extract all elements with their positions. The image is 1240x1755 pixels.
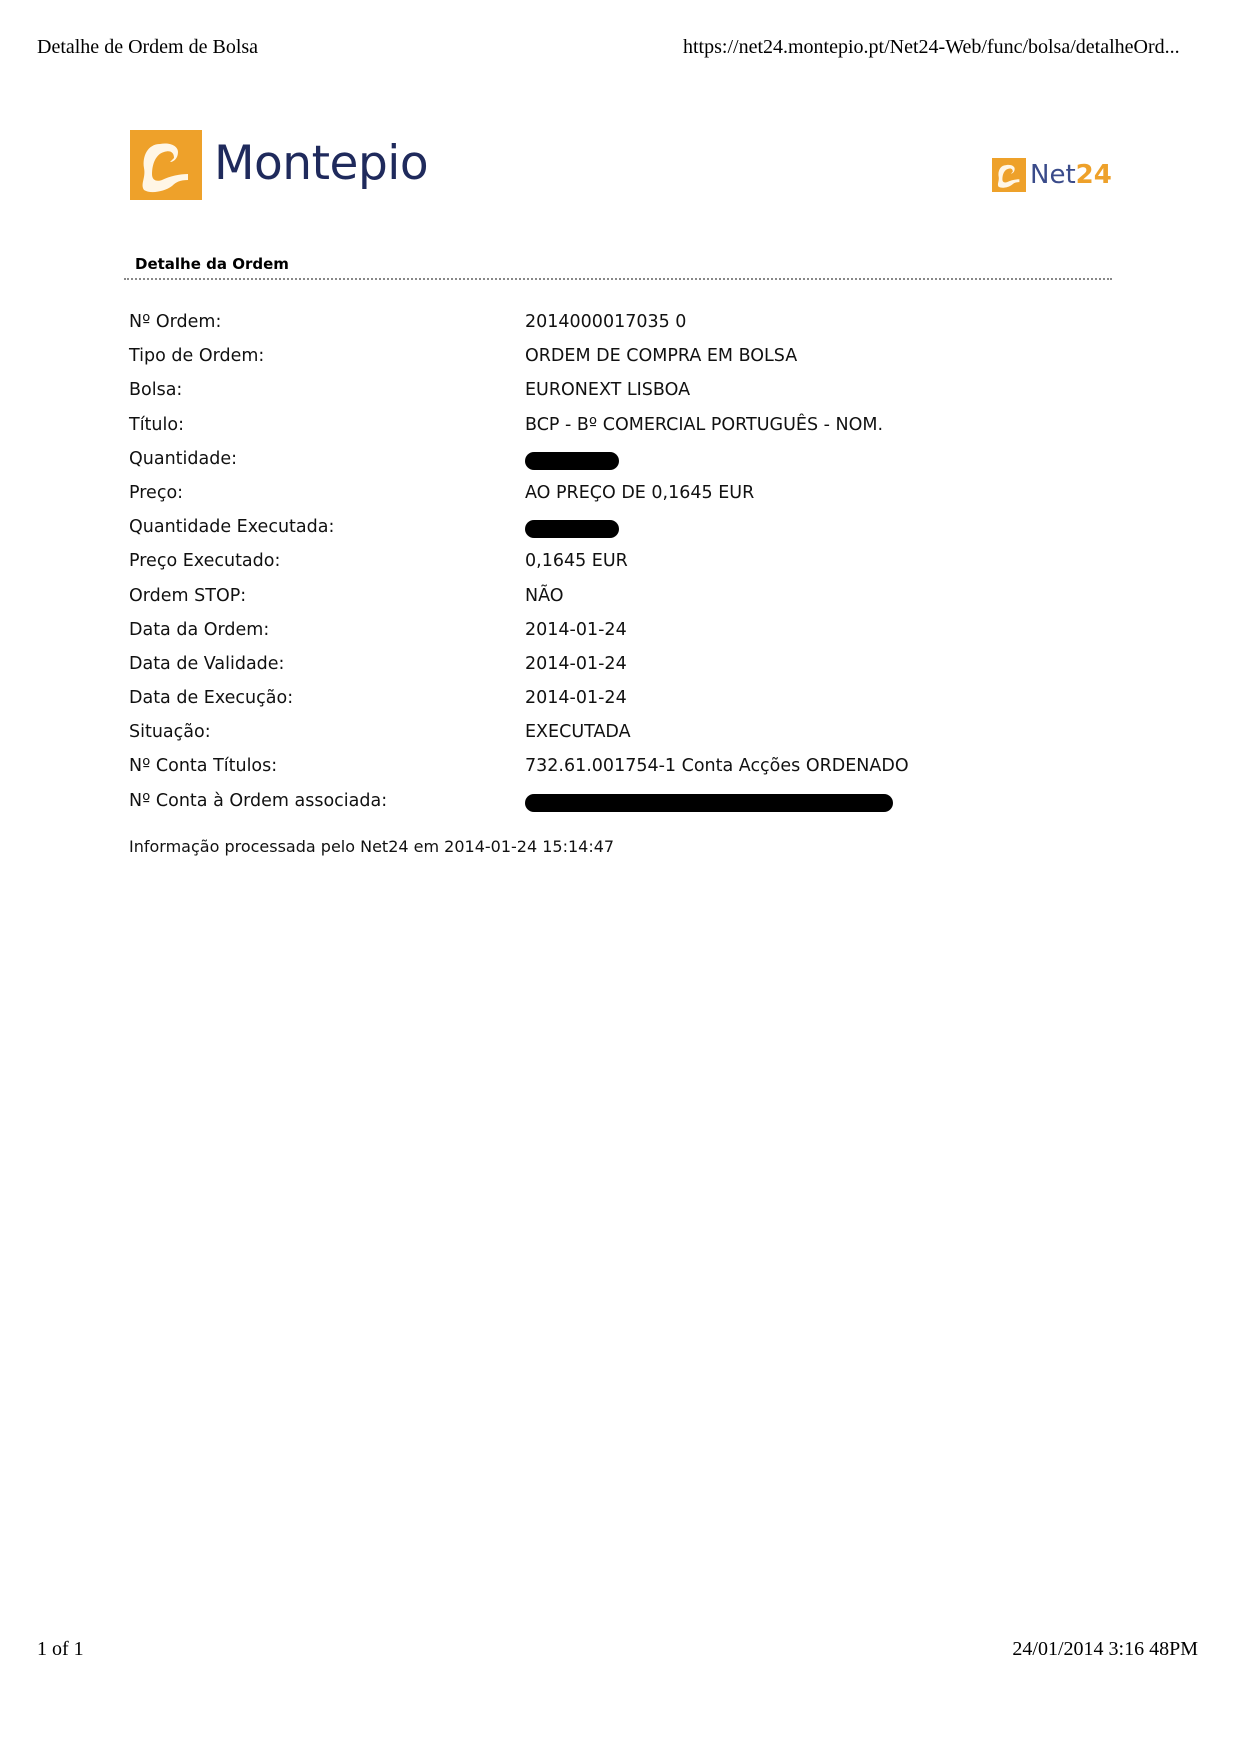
net24-wordmark-24: 24 <box>1076 162 1112 188</box>
detail-value: 2014000017035 0 <box>525 312 686 332</box>
detail-label: Ordem STOP: <box>129 586 246 606</box>
detail-value: 2014-01-24 <box>525 688 627 708</box>
detail-value: ORDEM DE COMPRA EM BOLSA <box>525 346 797 366</box>
detail-value: EURONEXT LISBOA <box>525 380 690 400</box>
section-title: Detalhe da Ordem <box>135 255 289 273</box>
detail-label: Data da Ordem: <box>129 620 269 640</box>
detail-value: AO PREÇO DE 0,1645 EUR <box>525 483 754 503</box>
redacted-value <box>525 791 893 817</box>
redaction-bar <box>525 794 893 812</box>
detail-label: Data de Validade: <box>129 654 284 674</box>
detail-value: BCP - Bº COMERCIAL PORTUGUÊS - NOM. <box>525 415 883 435</box>
montepio-wordmark: Montepio <box>214 140 428 187</box>
detail-value: 2014-01-24 <box>525 620 627 640</box>
detail-label: Nº Conta à Ordem associada: <box>129 791 387 811</box>
processed-note: Informação processada pelo Net24 em 2014… <box>129 837 614 856</box>
detail-label: Nº Ordem: <box>129 312 221 332</box>
net24-logo: Net24 <box>992 158 1112 192</box>
net24-wordmark-net: Net <box>1030 162 1076 188</box>
detail-label: Quantidade: <box>129 449 237 469</box>
detail-label: Preço Executado: <box>129 551 280 571</box>
redacted-value <box>525 449 619 475</box>
pelican-small-logo-icon <box>992 158 1026 192</box>
detail-label: Bolsa: <box>129 380 182 400</box>
print-page-title: Detalhe de Ordem de Bolsa <box>37 36 258 59</box>
detail-label: Título: <box>129 415 184 435</box>
detail-value: 2014-01-24 <box>525 654 627 674</box>
detail-value: EXECUTADA <box>525 722 631 742</box>
pelican-logo-icon <box>130 130 202 200</box>
print-url: https://net24.montepio.pt/Net24-Web/func… <box>683 36 1180 59</box>
redaction-bar <box>525 520 619 538</box>
montepio-logo: Montepio <box>130 130 428 200</box>
redaction-bar <box>525 452 619 470</box>
print-timestamp: 24/01/2014 3:16 48PM <box>1012 1638 1198 1661</box>
detail-label: Nº Conta Títulos: <box>129 756 277 776</box>
detail-label: Situação: <box>129 722 211 742</box>
detail-label: Preço: <box>129 483 183 503</box>
detail-value: NÃO <box>525 586 564 606</box>
detail-label: Tipo de Ordem: <box>129 346 264 366</box>
detail-label: Data de Execução: <box>129 688 293 708</box>
detail-value: 0,1645 EUR <box>525 551 628 571</box>
detail-value: 732.61.001754-1 Conta Acções ORDENADO <box>525 756 909 776</box>
section-divider <box>124 278 1112 280</box>
redacted-value <box>525 517 619 543</box>
print-page-number: 1 of 1 <box>37 1638 84 1661</box>
detail-label: Quantidade Executada: <box>129 517 334 537</box>
